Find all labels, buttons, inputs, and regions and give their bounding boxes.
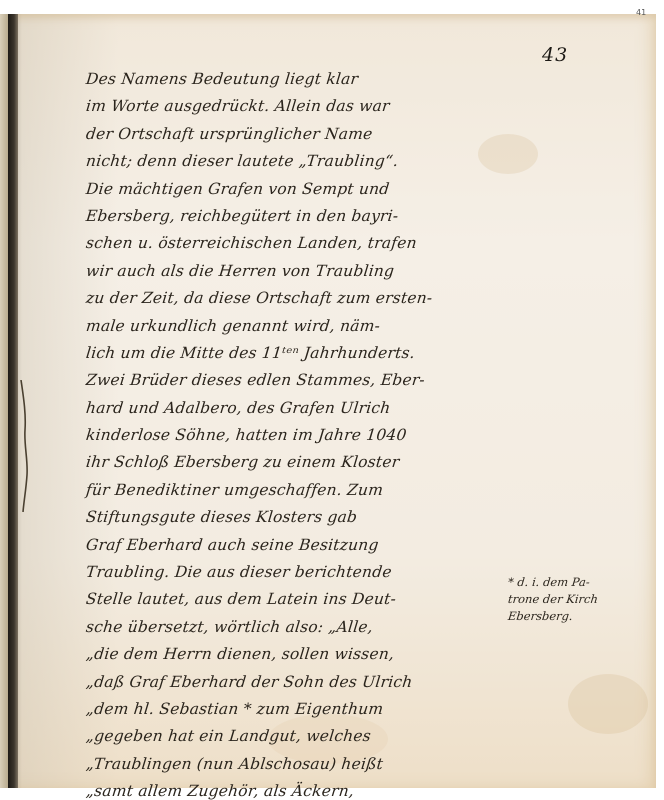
text-line: im Worte ausgedrückt. Allein das war — [85, 93, 528, 120]
text-line: wir auch als die Herren von Traubling — [85, 258, 528, 285]
book-spine-shadow — [8, 14, 18, 788]
text-line: lich um die Mitte des 11ᵗᵉⁿ Jahrhunderts… — [85, 340, 528, 367]
text-line: Des Namens Bedeutung liegt klar — [85, 66, 528, 93]
torn-page-edge — [18, 380, 32, 512]
text-line: sche übersetzt, wörtlich also: „Alle, — [85, 614, 528, 641]
text-line: für Benediktiner umgeschaffen. Zum — [85, 477, 528, 504]
text-line: nicht; denn dieser lautete „Traubling“. — [85, 148, 528, 175]
text-line: male urkundlich genannt wird, näm- — [85, 313, 528, 340]
margin-note-line: * d. i. dem Pa- — [507, 574, 639, 591]
text-line: Ebersberg, reichbegütert in den bayri- — [85, 203, 528, 230]
margin-footnote: * d. i. dem Pa- trone der Kirch Ebersber… — [508, 574, 638, 625]
text-line: „die dem Herrn dienen, sollen wissen, — [85, 641, 528, 668]
manuscript-text-block: Des Namens Bedeutung liegt klar im Worte… — [86, 66, 526, 800]
text-line: Graf Eberhard auch seine Besitzung — [85, 532, 528, 559]
text-line: ihr Schloß Ebersberg zu einem Kloster — [85, 449, 528, 476]
text-line: „dem hl. Sebastian * zum Eigenthum — [85, 696, 528, 723]
text-line: „gegeben hat ein Landgut, welches — [85, 723, 528, 750]
text-line: „Traublingen (nun Ablschosau) heißt — [85, 751, 528, 778]
text-line: der Ortschaft ursprünglicher Name — [85, 121, 528, 148]
text-line: Stiftungsgute dieses Klosters gab — [85, 504, 528, 531]
book-spine-outer-edge — [0, 14, 8, 788]
text-line: Die mächtigen Grafen von Sempt und — [85, 176, 528, 203]
top-corner-mark: 41 — [636, 8, 646, 17]
text-line: Stelle lautet, aus dem Latein ins Deut- — [85, 586, 528, 613]
page-number: 43 — [542, 44, 568, 66]
text-line: zu der Zeit, da diese Ortschaft zum erst… — [85, 285, 528, 312]
text-line: kinderlose Söhne, hatten im Jahre 1040 — [85, 422, 528, 449]
text-line: Traubling. Die aus dieser berichtende — [85, 559, 528, 586]
margin-note-line: trone der Kirch — [507, 591, 639, 608]
paper-stain — [568, 674, 648, 734]
text-line: Zwei Brüder dieses edlen Stammes, Eber- — [85, 367, 528, 394]
text-line: „daß Graf Eberhard der Sohn des Ulrich — [85, 669, 528, 696]
text-line: hard und Adalbero, des Grafen Ulrich — [85, 395, 528, 422]
text-line: schen u. österreichischen Landen, trafen — [85, 230, 528, 257]
text-line: „samt allem Zugehör, als Äckern, — [85, 778, 528, 800]
margin-note-line: Ebersberg. — [507, 608, 639, 625]
